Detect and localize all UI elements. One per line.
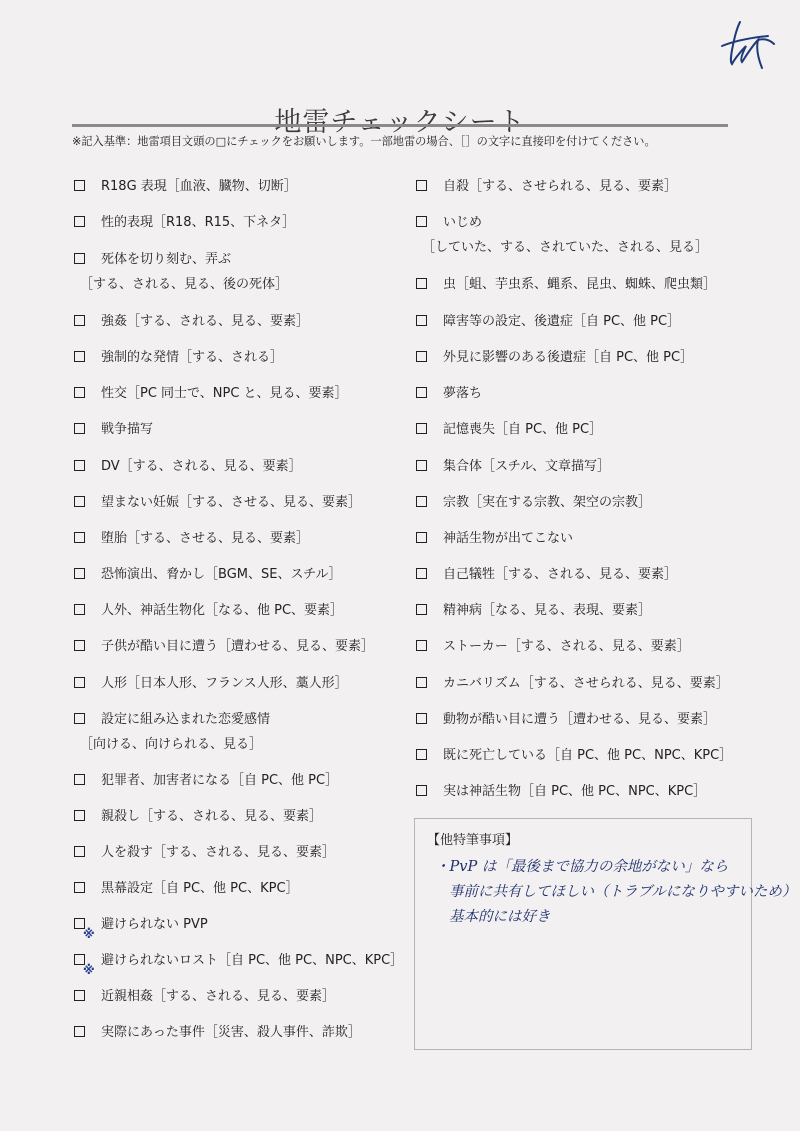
checklist-item-label: 自殺［する、させられる、見る、要素］ <box>443 179 677 194</box>
checklist-item: 精神病［なる、見る、表現、要素］ <box>416 602 651 620</box>
checkbox[interactable]: ※ <box>74 918 85 929</box>
checkbox[interactable] <box>74 460 85 471</box>
checkbox[interactable] <box>416 278 427 289</box>
check-mark-icon: ※ <box>83 925 95 943</box>
checklist-item-label: 虫［蛆、芋虫系、蝿系、昆虫、蜘蛛、爬虫類］ <box>443 277 716 292</box>
checklist-item-label: 記憶喪失［自 PC、他 PC］ <box>443 422 602 437</box>
checklist-item-label: 外見に影響のある後遺症［自 PC、他 PC］ <box>443 350 693 365</box>
checkbox[interactable] <box>74 774 85 785</box>
checklist-item: 性交［PC 同士で、NPC と、見る、要素］ <box>74 385 348 403</box>
checklist-item-label: 戦争描写 <box>101 422 153 437</box>
checklist-item-options: ［向ける、向けられる、見る］ <box>80 736 270 754</box>
notes-line: 事前に共有してほしい（トラブルになりやすいため） <box>435 880 796 905</box>
checklist-item-label: 恐怖演出、脅かし［BGM、SE、スチル］ <box>101 567 342 582</box>
checklist-item: 実は神話生物［自 PC、他 PC、NPC、KPC］ <box>416 783 706 801</box>
checkbox[interactable] <box>74 496 85 507</box>
checklist-item-label: 避けられない PVP <box>101 917 208 932</box>
checklist-item-label: 障害等の設定、後遺症［自 PC、他 PC］ <box>443 314 680 329</box>
checkbox[interactable] <box>74 253 85 264</box>
checklist-item: 既に死亡している［自 PC、他 PC、NPC、KPC］ <box>416 747 732 765</box>
checklist-item-label: 自己犠牲［する、される、見る、要素］ <box>443 567 677 582</box>
checklist-item-label: 実際にあった事件［災害、殺人事件、詐欺］ <box>101 1025 361 1040</box>
checklist-item-label: 性交［PC 同士で、NPC と、見る、要素］ <box>101 386 348 401</box>
checklist-item-label: いじめ <box>443 215 482 230</box>
checklist-item-label: 夢落ち <box>443 386 482 401</box>
checklist-item: 外見に影響のある後遺症［自 PC、他 PC］ <box>416 349 693 367</box>
checkbox[interactable] <box>416 351 427 362</box>
checkbox[interactable] <box>74 180 85 191</box>
checklist-item-label: DV［する、される、見る、要素］ <box>101 459 302 474</box>
checklist-item: 動物が酷い目に遭う［遭わせる、見る、要素］ <box>416 711 716 729</box>
notes-line: 基本的には好き <box>435 905 796 930</box>
checkbox[interactable] <box>416 216 427 227</box>
checklist-item-label: カニバリズム［する、させられる、見る、要素］ <box>443 676 729 691</box>
checkbox[interactable] <box>416 604 427 615</box>
checkbox[interactable] <box>74 423 85 434</box>
checklist-item-label: R18G 表現［血液、臓物、切断］ <box>101 179 297 194</box>
checkbox[interactable] <box>74 216 85 227</box>
checklist-item-label: 動物が酷い目に遭う［遭わせる、見る、要素］ <box>443 712 716 727</box>
checklist-item: 記憶喪失［自 PC、他 PC］ <box>416 421 602 439</box>
checkbox[interactable] <box>74 532 85 543</box>
checkbox[interactable]: ※ <box>74 954 85 965</box>
checklist-item-label: 堕胎［する、させる、見る、要素］ <box>101 531 309 546</box>
checkbox[interactable] <box>416 387 427 398</box>
checkbox[interactable] <box>416 785 427 796</box>
checkbox[interactable] <box>74 640 85 651</box>
notes-box: 【他特筆事項】 ・PvP は「最後まで協力の余地がない」なら 事前に共有してほし… <box>414 818 752 1050</box>
check-mark-icon: ※ <box>83 961 95 979</box>
checkbox[interactable] <box>416 496 427 507</box>
checklist-item: 設定に組み込まれた恋愛感情［向ける、向けられる、見る］ <box>74 711 270 754</box>
checklist-item-label: 黒幕設定［自 PC、他 PC、KPC］ <box>101 881 299 896</box>
checklist-item-label: 設定に組み込まれた恋愛感情 <box>101 712 270 727</box>
checklist-item-label: 犯罪者、加害者になる［自 PC、他 PC］ <box>101 773 338 788</box>
checklist-item: 強制的な発情［する、される］ <box>74 349 283 367</box>
checklist-item-label: 実は神話生物［自 PC、他 PC、NPC、KPC］ <box>443 784 706 799</box>
checklist-item: 実際にあった事件［災害、殺人事件、詐欺］ <box>74 1024 361 1042</box>
checklist-item-label: ストーカー［する、される、見る、要素］ <box>443 639 690 654</box>
checklist-item: いじめ［していた、する、されていた、される、見る］ <box>416 214 708 257</box>
checkbox[interactable] <box>74 677 85 688</box>
checklist-item-label: 親殺し［する、される、見る、要素］ <box>101 809 322 824</box>
checkbox[interactable] <box>74 1026 85 1037</box>
checkbox[interactable] <box>416 568 427 579</box>
checkbox[interactable] <box>74 604 85 615</box>
checkbox[interactable] <box>74 990 85 1001</box>
checklist-item-label: 近親相姦［する、される、見る、要素］ <box>101 989 335 1004</box>
checkbox[interactable] <box>74 846 85 857</box>
checklist-item: 望まない妊娠［する、させる、見る、要素］ <box>74 494 361 512</box>
checklist-item: 集合体［スチル、文章描写］ <box>416 458 610 476</box>
checklist-item: 神話生物が出てこない <box>416 530 573 548</box>
checklist-item: ※避けられないロスト［自 PC、他 PC、NPC、KPC］ <box>74 952 403 970</box>
checkbox[interactable] <box>416 749 427 760</box>
checkbox[interactable] <box>416 640 427 651</box>
checklist-item: 子供が酷い目に遭う［遭わせる、見る、要素］ <box>74 638 374 656</box>
checklist-item-options: ［する、される、見る、後の死体］ <box>80 276 288 294</box>
notes-handwriting: ・PvP は「最後まで協力の余地がない」なら 事前に共有してほしい（トラブルにな… <box>435 855 796 930</box>
checklist-item: 犯罪者、加害者になる［自 PC、他 PC］ <box>74 772 338 790</box>
checklist-item-label: 望まない妊娠［する、させる、見る、要素］ <box>101 495 361 510</box>
checklist-item: 夢落ち <box>416 385 482 403</box>
checklist-item: 堕胎［する、させる、見る、要素］ <box>74 530 309 548</box>
checklist-item-label: 人外、神話生物化［なる、他 PC、要素］ <box>101 603 343 618</box>
checkbox[interactable] <box>74 351 85 362</box>
checklist-item-label: 死体を切り刻む、弄ぶ <box>101 252 231 267</box>
checkbox[interactable] <box>416 423 427 434</box>
checklist-item: 障害等の設定、後遺症［自 PC、他 PC］ <box>416 313 680 331</box>
checkbox[interactable] <box>74 713 85 724</box>
checklist-item-options: ［していた、する、されていた、される、見る］ <box>422 239 708 257</box>
checklist-item-label: 子供が酷い目に遭う［遭わせる、見る、要素］ <box>101 639 374 654</box>
checkbox[interactable] <box>74 882 85 893</box>
checklist-item: 自殺［する、させられる、見る、要素］ <box>416 178 677 196</box>
checklist-item: DV［する、される、見る、要素］ <box>74 458 302 476</box>
checklist-item: 自己犠牲［する、される、見る、要素］ <box>416 566 677 584</box>
notes-title: 【他特筆事項】 <box>427 829 518 848</box>
checklist-item: 人を殺す［する、される、見る、要素］ <box>74 844 335 862</box>
checklist-item: 近親相姦［する、される、見る、要素］ <box>74 988 335 1006</box>
checklist-item: 黒幕設定［自 PC、他 PC、KPC］ <box>74 880 299 898</box>
checklist-item: 人外、神話生物化［なる、他 PC、要素］ <box>74 602 343 620</box>
checklist-item: 強姦［する、される、見る、要素］ <box>74 313 309 331</box>
checklist-item: ストーカー［する、される、見る、要素］ <box>416 638 690 656</box>
notes-line: ・PvP は「最後まで協力の余地がない」なら <box>435 855 796 880</box>
checkbox[interactable] <box>416 677 427 688</box>
checklist-item: R18G 表現［血液、臓物、切断］ <box>74 178 297 196</box>
checkbox[interactable] <box>416 532 427 543</box>
checklist-item: 親殺し［する、される、見る、要素］ <box>74 808 322 826</box>
checklist-item-label: 人形［日本人形、フランス人形、藁人形］ <box>101 676 348 691</box>
checklist-item-label: 精神病［なる、見る、表現、要素］ <box>443 603 651 618</box>
checklist-item: 性的表現［R18、R15、下ネタ］ <box>74 214 295 232</box>
checklist-item-label: 集合体［スチル、文章描写］ <box>443 459 610 474</box>
checkbox[interactable] <box>74 568 85 579</box>
checklist-item: カニバリズム［する、させられる、見る、要素］ <box>416 675 729 693</box>
checklist-item: 戦争描写 <box>74 421 153 439</box>
checklist-item: 人形［日本人形、フランス人形、藁人形］ <box>74 675 348 693</box>
checklist-item: ※避けられない PVP <box>74 916 208 934</box>
checklist-item-label: 強姦［する、される、見る、要素］ <box>101 314 309 329</box>
signature-icon <box>718 16 778 72</box>
checklist-item-label: 性的表現［R18、R15、下ネタ］ <box>101 215 295 230</box>
checkbox[interactable] <box>416 315 427 326</box>
checkbox[interactable] <box>416 180 427 191</box>
checklist-item-label: 神話生物が出てこない <box>443 531 573 546</box>
checkbox[interactable] <box>74 387 85 398</box>
checkbox[interactable] <box>416 460 427 471</box>
checkbox[interactable] <box>74 810 85 821</box>
checklist-item: 虫［蛆、芋虫系、蝿系、昆虫、蜘蛛、爬虫類］ <box>416 276 716 294</box>
checklist-item: 宗教［実在する宗教、架空の宗教］ <box>416 494 651 512</box>
checklist-item: 死体を切り刻む、弄ぶ［する、される、見る、後の死体］ <box>74 251 288 294</box>
checkbox[interactable] <box>74 315 85 326</box>
checklist-item: 恐怖演出、脅かし［BGM、SE、スチル］ <box>74 566 342 584</box>
title-divider <box>72 124 728 127</box>
checklist-item-label: 人を殺す［する、される、見る、要素］ <box>101 845 335 860</box>
checklist-item-label: 避けられないロスト［自 PC、他 PC、NPC、KPC］ <box>101 953 403 968</box>
checklist-item-label: 既に死亡している［自 PC、他 PC、NPC、KPC］ <box>443 748 732 763</box>
instructions-text: ※記入基準：地雷項目文頭の□にチェックをお願いします。一部地雷の場合、［］の文字… <box>72 133 656 149</box>
checklist-item-label: 宗教［実在する宗教、架空の宗教］ <box>443 495 651 510</box>
checkbox[interactable] <box>416 713 427 724</box>
checklist-item-label: 強制的な発情［する、される］ <box>101 350 283 365</box>
